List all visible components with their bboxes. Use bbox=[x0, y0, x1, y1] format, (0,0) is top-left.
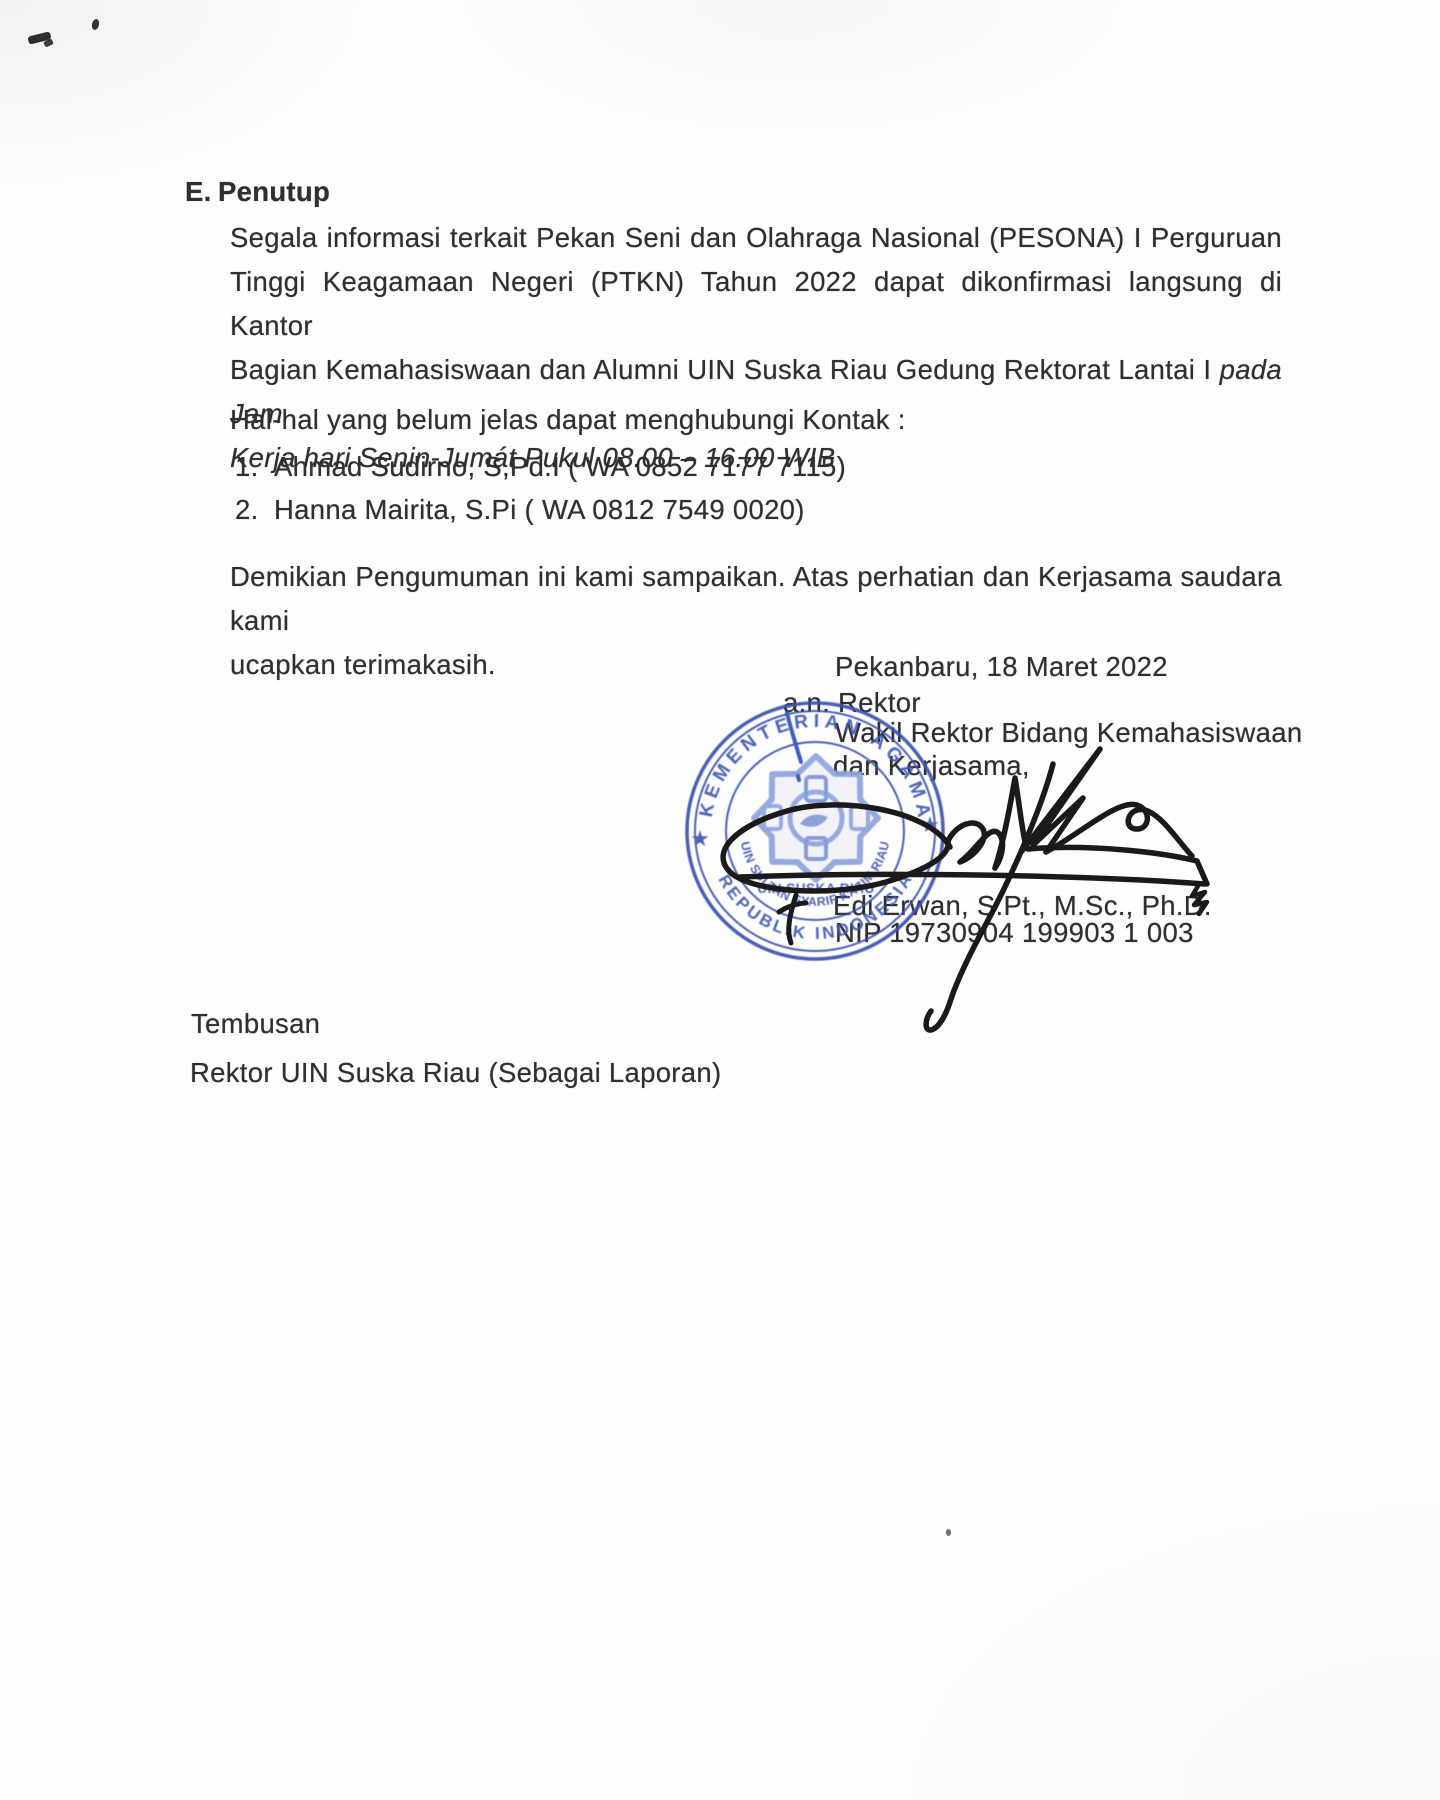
handwritten-signature bbox=[700, 655, 1230, 1060]
section-title: Penutup bbox=[218, 170, 330, 214]
contact-item: 2. Hanna Mairita, S.Pi ( WA 0812 7549 00… bbox=[235, 488, 805, 532]
contact-number: 2. bbox=[235, 488, 274, 532]
tembusan-item: Rektor UIN Suska Riau (Sebagai Laporan) bbox=[190, 1056, 721, 1089]
section-label: E. bbox=[185, 170, 218, 214]
scanned-letter-page: E. Penutup Segala informasi terkait Peka… bbox=[0, 0, 1440, 1800]
closing-line: Demikian Pengumuman ini kami sampaikan. … bbox=[230, 555, 1282, 643]
contact-intro: Hal-hal yang belum jelas dapat menghubun… bbox=[230, 398, 906, 442]
tembusan-label: Tembusan bbox=[191, 1007, 320, 1040]
contact-item: 1. Ahmad Sudirno, S,Pd.I ( WA 0852 7177 … bbox=[235, 445, 846, 489]
scan-artifact-dot bbox=[91, 18, 100, 30]
scan-artifact-dot bbox=[946, 1529, 951, 1536]
contact-text: Hanna Mairita, S.Pi ( WA 0812 7549 0020) bbox=[274, 488, 805, 532]
contact-text: Ahmad Sudirno, S,Pd.I ( WA 0852 7177 711… bbox=[274, 445, 846, 489]
contact-number: 1. bbox=[235, 445, 274, 489]
section-heading: E. Penutup bbox=[185, 170, 330, 214]
paragraph-line: Tinggi Keagamaan Negeri (PTKN) Tahun 202… bbox=[230, 260, 1282, 348]
paragraph-line: Segala informasi terkait Pekan Seni dan … bbox=[230, 216, 1282, 260]
